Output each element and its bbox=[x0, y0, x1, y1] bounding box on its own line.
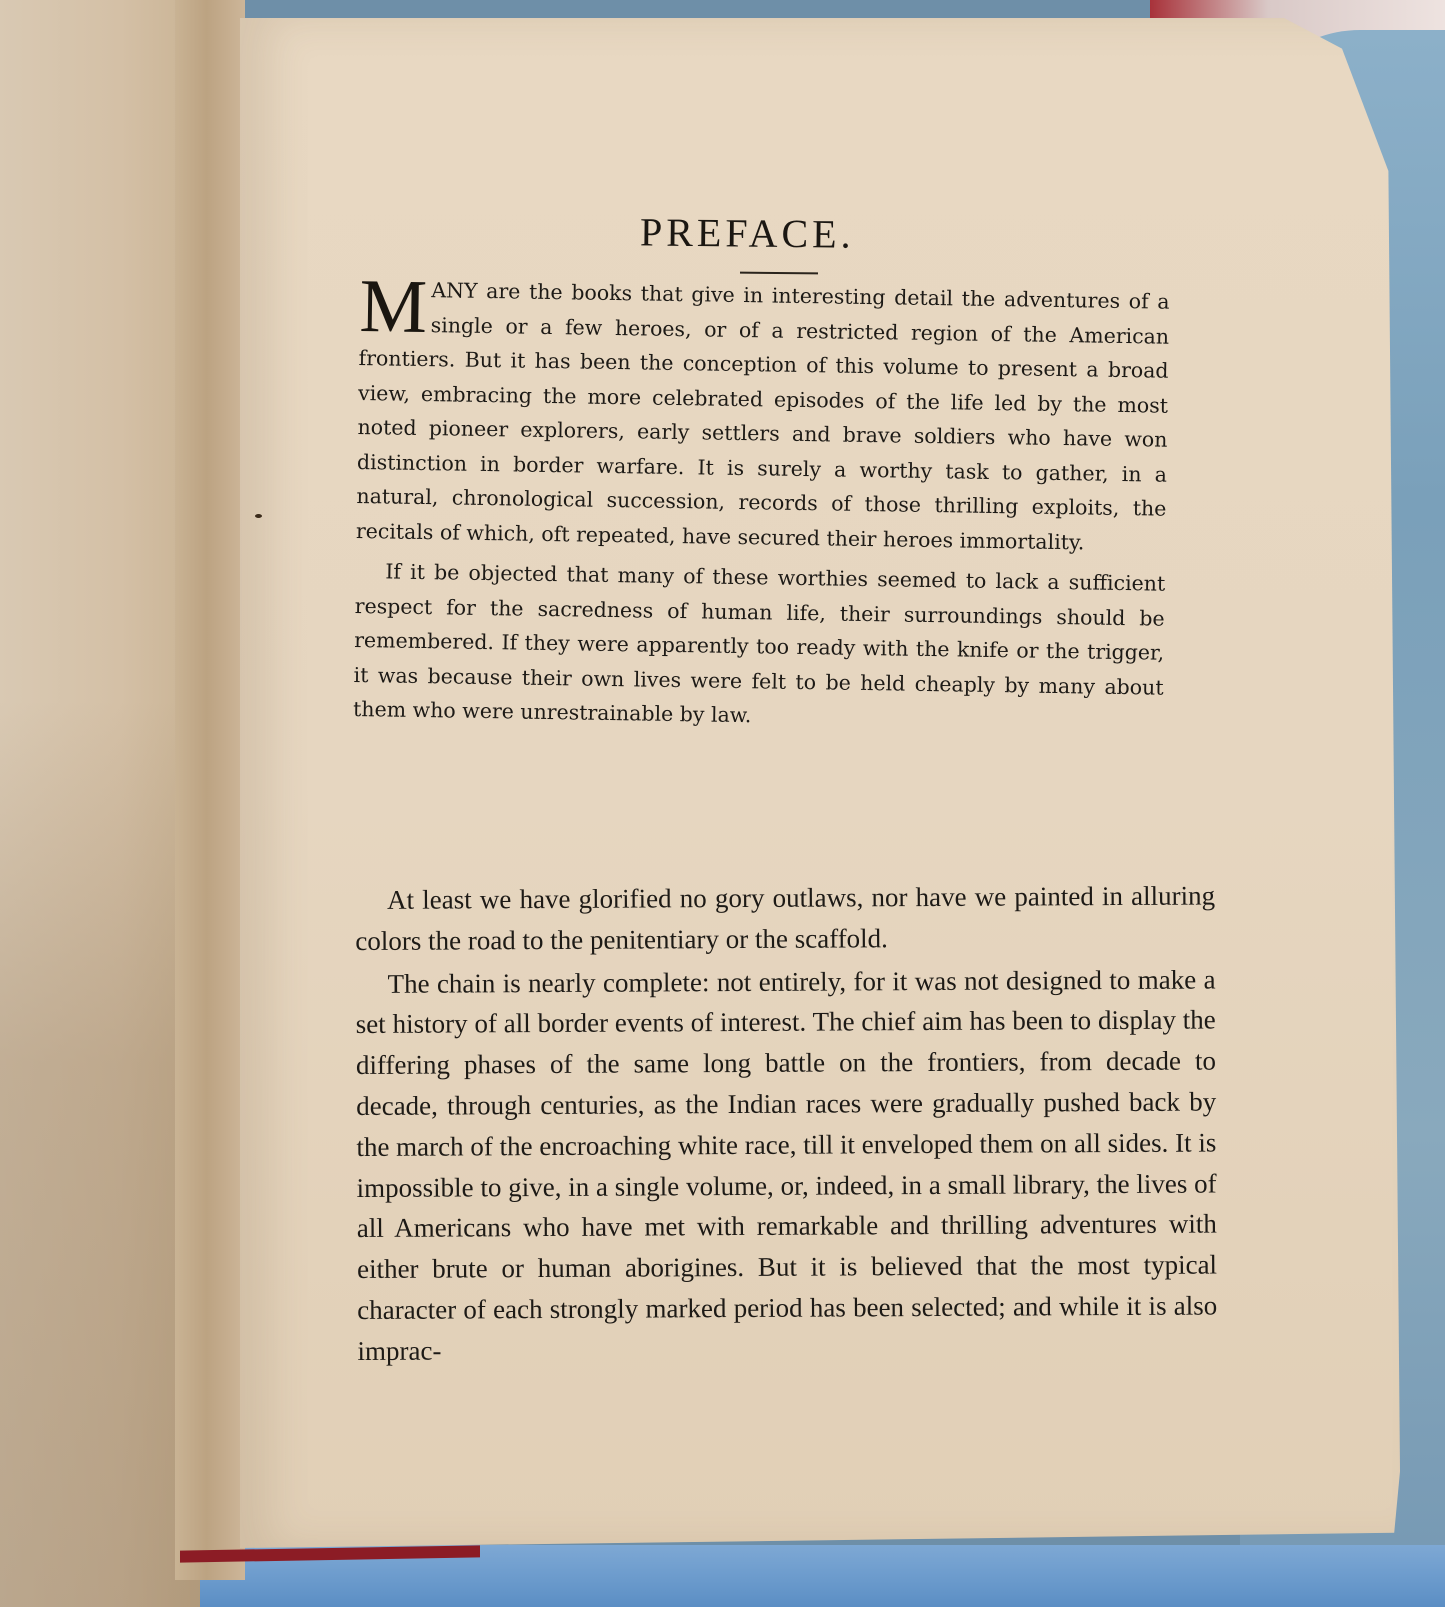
paragraph-2: If it be objected that many of these wor… bbox=[353, 554, 1166, 739]
paragraph-1-text: are the books that give in interesting d… bbox=[356, 279, 1170, 554]
lead-in: ANY bbox=[431, 278, 478, 303]
paragraph-4: The chain is nearly complete: not entire… bbox=[355, 959, 1217, 1371]
preface-first-section: MANY are the books that give in interest… bbox=[353, 272, 1170, 745]
preface-second-section: At least we have glorified no gory outla… bbox=[355, 875, 1218, 1371]
drop-cap: M bbox=[359, 276, 428, 337]
paragraph-3: At least we have glorified no gory outla… bbox=[355, 875, 1215, 961]
page-heading: PREFACE. bbox=[640, 208, 940, 258]
left-page-shadow bbox=[0, 700, 200, 1607]
book-gutter bbox=[175, 0, 245, 1580]
ink-speck bbox=[255, 514, 262, 518]
paragraph-1: MANY are the books that give in interest… bbox=[356, 272, 1170, 561]
